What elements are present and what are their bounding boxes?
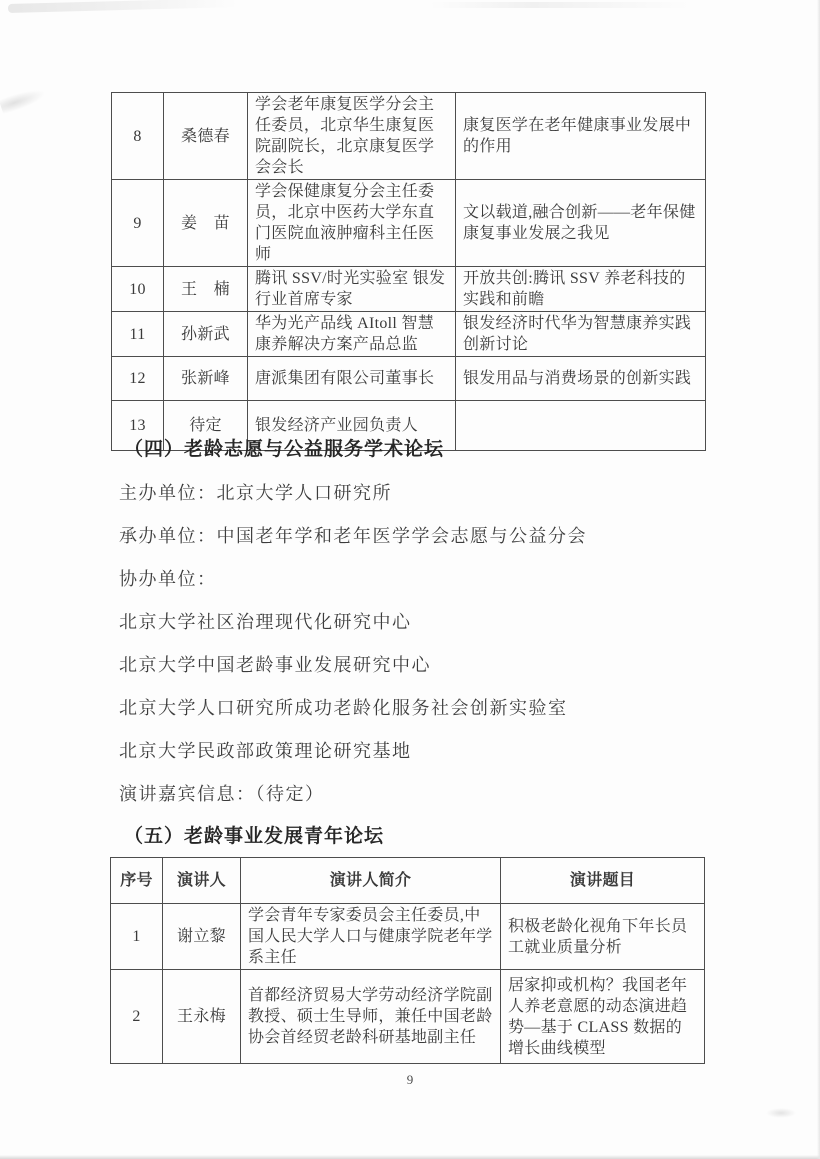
org-line-coorganizer-1: 北京大学社区治理现代化研究中心: [119, 608, 412, 634]
serial-cell: 11: [112, 312, 164, 357]
header-speaker: 演讲人: [163, 858, 241, 904]
serial-cell: 8: [112, 93, 164, 180]
scan-artifact: [8, 0, 238, 13]
org-line-coorganizer-3: 北京大学人口研究所成功老龄化服务社会创新实验室: [119, 694, 568, 720]
serial-cell: 1: [111, 904, 163, 970]
section5-heading: （五）老龄事业发展青年论坛: [124, 821, 384, 848]
serial-cell: 9: [112, 180, 164, 267]
speaker-cell: 姜 苗: [164, 180, 248, 267]
serial-cell: 12: [112, 357, 164, 401]
table-row: 10 王 楠 腾讯 SSV/时光实验室 银发行业首席专家 开放共创:腾讯 SSV…: [112, 267, 706, 312]
header-serial: 序号: [111, 858, 163, 904]
serial-cell: 10: [112, 267, 164, 312]
header-intro: 演讲人简介: [241, 858, 501, 904]
org-line-host: 主办单位：北京大学人口研究所: [119, 479, 392, 505]
speaker-cell: 王 楠: [164, 267, 248, 312]
org-line-coorganizer-2: 北京大学中国老龄事业发展研究中心: [119, 651, 431, 677]
topic-cell: 康复医学在老年健康事业发展中的作用: [456, 93, 706, 180]
scan-artifact: [766, 1108, 796, 1118]
topic-cell: [456, 401, 706, 451]
scan-artifact: [0, 85, 47, 114]
serial-cell: 2: [111, 970, 163, 1064]
intro-cell: 学会保健康复分会主任委员，北京中医药大学东直门医院血液肿瘤科主任医师: [248, 180, 456, 267]
org-line-coorganizer-4: 北京大学民政部政策理论研究基地: [119, 737, 412, 763]
topic-cell: 银发经济时代华为智慧康养实践创新讨论: [456, 312, 706, 357]
speaker-cell: 张新峰: [164, 357, 248, 401]
forum5-speaker-table: 序号 演讲人 演讲人简介 演讲题目 1 谢立黎 学会青年专家委员会主任委员,中国…: [110, 857, 705, 1064]
topic-cell: 居家抑或机构？我国老年人养老意愿的动态演进趋势—基于 CLASS 数据的增长曲线…: [501, 970, 705, 1064]
speaker-cell: 孙新武: [164, 312, 248, 357]
page-number: 9: [0, 1072, 820, 1088]
table-row: 11 孙新武 华为光产品线 AItoll 智慧康养解决方案产品总监 银发经济时代…: [112, 312, 706, 357]
table-row: 12 张新峰 唐派集团有限公司董事长 银发用品与消费场景的创新实践: [112, 357, 706, 401]
intro-cell: 腾讯 SSV/时光实验室 银发行业首席专家: [248, 267, 456, 312]
speaker-cell: 谢立黎: [163, 904, 241, 970]
speaker-cell: 桑德春: [164, 93, 248, 180]
intro-cell: 华为光产品线 AItoll 智慧康养解决方案产品总监: [248, 312, 456, 357]
table-row: 1 谢立黎 学会青年专家委员会主任委员,中国人民大学人口与健康学院老年学系主任 …: [111, 904, 705, 970]
org-line-organizer: 承办单位：中国老年学和老年医学学会志愿与公益分会: [119, 522, 587, 548]
topic-cell: 开放共创:腾讯 SSV 养老科技的实践和前瞻: [456, 267, 706, 312]
section4-heading: （四）老龄志愿与公益服务学术论坛: [124, 434, 444, 461]
scan-edge-shadow: [0, 1155, 820, 1159]
intro-cell: 学会青年专家委员会主任委员,中国人民大学人口与健康学院老年学系主任: [241, 904, 501, 970]
topic-cell: 积极老龄化视角下年长员工就业质量分析: [501, 904, 705, 970]
table-row: 9 姜 苗 学会保健康复分会主任委员，北京中医药大学东直门医院血液肿瘤科主任医师…: [112, 180, 706, 267]
speaker-cell: 王永梅: [163, 970, 241, 1064]
org-line-coorganizer-label: 协办单位：: [119, 565, 217, 591]
topic-cell: 银发用品与消费场景的创新实践: [456, 357, 706, 401]
speaker-info-line: 演讲嘉宾信息：（待定）: [119, 780, 325, 806]
scan-artifact: [430, 2, 690, 8]
forum3-speaker-table: 8 桑德春 学会老年康复医学分会主任委员，北京华生康复医院副院长，北京康复医学会…: [111, 92, 706, 451]
scanned-document-page: 8 桑德春 学会老年康复医学分会主任委员，北京华生康复医院副院长，北京康复医学会…: [0, 0, 820, 1159]
table-header-row: 序号 演讲人 演讲人简介 演讲题目: [111, 858, 705, 904]
table-row: 8 桑德春 学会老年康复医学分会主任委员，北京华生康复医院副院长，北京康复医学会…: [112, 93, 706, 180]
intro-cell: 唐派集团有限公司董事长: [248, 357, 456, 401]
header-topic: 演讲题目: [501, 858, 705, 904]
topic-cell: 文以载道,融合创新——老年保健康复事业发展之我见: [456, 180, 706, 267]
table-row: 2 王永梅 首都经济贸易大学劳动经济学院副教授、硕士生导师，兼任中国老龄协会首经…: [111, 970, 705, 1064]
intro-cell: 学会老年康复医学分会主任委员，北京华生康复医院副院长，北京康复医学会会长: [248, 93, 456, 180]
intro-cell: 首都经济贸易大学劳动经济学院副教授、硕士生导师，兼任中国老龄协会首经贸老龄科研基…: [241, 970, 501, 1064]
